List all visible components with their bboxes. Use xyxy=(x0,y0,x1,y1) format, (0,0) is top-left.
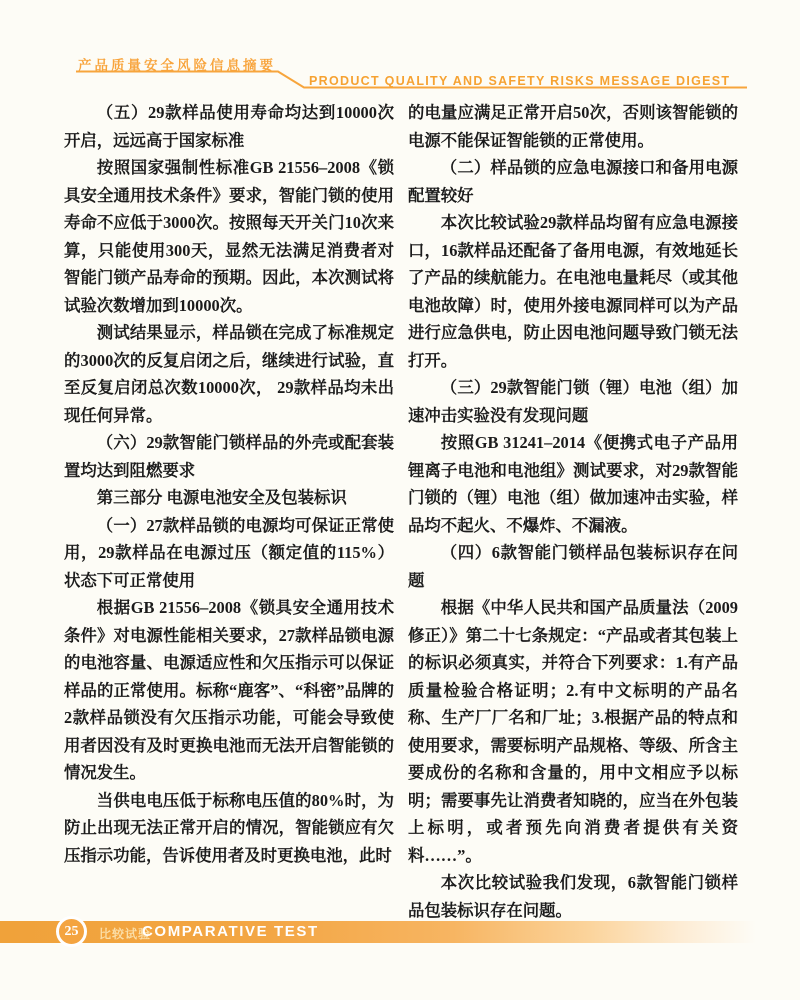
paragraph: （一）27款样品锁的电源均可保证正常使用，29款样品在电源过压（额定值的115%… xyxy=(64,512,394,595)
magazine-page: 产品质量安全风险信息摘要 PRODUCT QUALITY AND SAFETY … xyxy=(0,0,800,1000)
paragraph: 根据《中华人民共和国产品质量法（2009修正）》第二十七条规定：“产品或者其包装… xyxy=(408,594,738,869)
paragraph: 第三部分 电源电池安全及包装标识 xyxy=(64,484,394,512)
left-column: （五）29款样品使用寿命均达到10000次开启，远远高于国家标准按照国家强制性标… xyxy=(64,99,394,924)
paragraph: （五）29款样品使用寿命均达到10000次开启，远远高于国家标准 xyxy=(64,99,394,154)
page-number: 25 xyxy=(65,924,79,940)
footer-section-english: COMPARATIVE TEST xyxy=(142,923,319,940)
footer-bar: 25 比较试验 COMPARATIVE TEST xyxy=(0,921,756,943)
paragraph: 按照国家强制性标准GB 21556–2008《锁具安全通用技术条件》要求，智能门… xyxy=(64,154,394,319)
right-column: 的电量应满足正常开启50次，否则该智能锁的电源不能保证智能锁的正常使用。（二）样… xyxy=(408,99,738,924)
header-title-chinese: 产品质量安全风险信息摘要 xyxy=(78,54,276,74)
paragraph: 按照GB 31241–2014《便携式电子产品用锂离子电池和电池组》测试要求，对… xyxy=(408,429,738,539)
paragraph: 本次比较试验29款样品均留有应急电源接口，16款样品还配备了备用电源，有效地延长… xyxy=(408,209,738,374)
paragraph: （二）样品锁的应急电源接口和备用电源配置较好 xyxy=(408,154,738,209)
paragraph: 测试结果显示，样品锁在完成了标准规定的3000次的反复启闭之后，继续进行试验，直… xyxy=(64,319,394,429)
header-title-english: PRODUCT QUALITY AND SAFETY RISKS MESSAGE… xyxy=(309,74,730,88)
paragraph: （六）29款智能门锁样品的外壳或配套装置均达到阻燃要求 xyxy=(64,429,394,484)
paragraph: 当供电电压低于标称电压值的80%时，为防止出现无法正常开启的情况，智能锁应有欠压… xyxy=(64,787,394,870)
paragraph: （四）6款智能门锁样品包装标识存在问题 xyxy=(408,539,738,594)
paragraph: （三）29款智能门锁（锂）电池（组）加速冲击实验没有发现问题 xyxy=(408,374,738,429)
paragraph: 根据GB 21556–2008《锁具安全通用技术条件》对电源性能相关要求，27款… xyxy=(64,594,394,787)
paragraph: 本次比较试验我们发现，6款智能门锁样品包装标识存在问题。 xyxy=(408,869,738,924)
page-number-badge: 25 xyxy=(56,916,87,947)
article-body: （五）29款样品使用寿命均达到10000次开启，远远高于国家标准按照国家强制性标… xyxy=(64,99,738,924)
paragraph: 的电量应满足正常开启50次，否则该智能锁的电源不能保证智能锁的正常使用。 xyxy=(408,99,738,154)
